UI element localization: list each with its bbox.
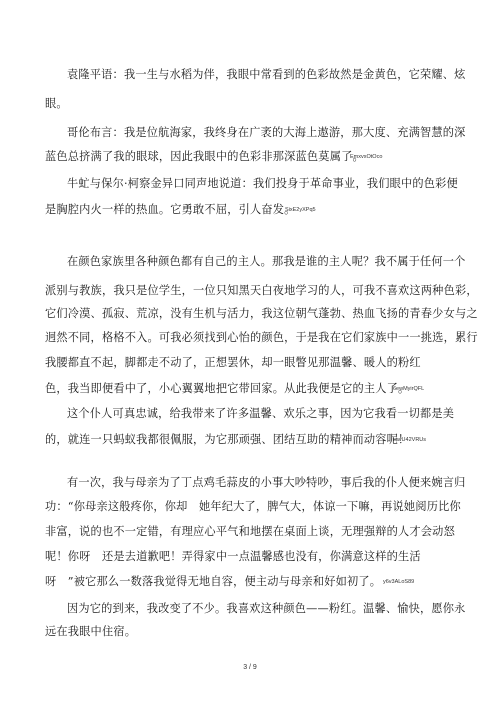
watermark-code-1: EmxvxOtOco — [350, 153, 382, 161]
watermark-code-5: y6v3ALoS89 — [383, 578, 414, 586]
paragraph-5-line-2: 的，就连一只蚂蚁我都很佩服，为它那顽强、团结互助的精神而动容呢！ — [45, 433, 409, 447]
paragraph-5-line-1: 这个仆人可真忠诚，给我带来了许多温馨、欢乐之事，因为它我看一切都是美 — [67, 407, 454, 421]
paragraph-7-line-1: 因为它的到来，我改变了不少。我喜欢这种颜色——粉红。温馨、愉快，愿你永 — [67, 602, 466, 616]
watermark-code-4: kavU42VRUs — [393, 436, 426, 444]
paragraph-1-line-2: 眼。 — [45, 97, 68, 111]
page-number: 3 / 9 — [0, 664, 500, 671]
paragraph-4-line-4: 迥然不同，格格不入。可我必须找到心怡的颜色，于是我在它们家族中一一挑选，累行 — [45, 331, 478, 345]
paragraph-7-line-2: 远在我眼中住宿。 — [45, 625, 136, 639]
paragraph-3-line-1: 牛虻与保尔·柯察金异口同声地说道：我们投身于革命事业，我们眼中的色彩便 — [67, 177, 458, 191]
paragraph-3-line-2: 是胸腔内火一样的热血。它勇敢不屈，引人奋发。 — [45, 203, 296, 217]
paragraph-4-line-1: 在颜色家族里各种颜色都有自己的主人。那我是谁的主人呢？我不属于任何一个 — [67, 255, 466, 269]
paragraph-6-line-1: 有一次，我与母亲为了丁点鸡毛蒜皮的小事大吵特吵，事后我的仆人便来婉言归 — [67, 476, 466, 490]
paragraph-6-line-2: 功：“你母亲这般疼你，你却 她年纪大了，脾气大，体谅一下嘛，再说她阅历比你 — [45, 500, 461, 514]
paragraph-4-line-6: 色，我当即便看中了，小心翼翼地把它带回家。从此我便是它的主人了。 — [45, 382, 409, 396]
paragraph-6-line-3: 非富，说的也不一定错，有理应心平气和地摆在桌面上谈，无理强辩的人才会动怒 — [45, 525, 455, 539]
watermark-code-2: SixE2yXPq5 — [285, 206, 316, 214]
paragraph-4-line-2: 派别与教族，我只是位学生，一位只知黑天白夜地学习的人，可我不喜欢这两种色彩， — [45, 284, 478, 298]
paragraph-2-line-2: 蓝色总挤满了我的眼球，因此我眼中的色彩非那深蓝色莫属了。 — [45, 150, 364, 164]
paragraph-1-line-1: 袁隆平语：我一生与水稻为伴，我眼中常看到的色彩故然是金黄色，它荣耀、炫 — [67, 68, 466, 82]
watermark-code-3: 6ewMyirQFL — [393, 385, 424, 393]
paragraph-2-line-1: 哥伦布言：我是位航海家，我终身在广袤的大海上遨游，那大度、充满智慧的深 — [67, 126, 466, 140]
paragraph-4-line-5: 我腰都直不起，脚都走不动了，正想罢休，却一眼瞥见那温馨、暖人的粉红 — [45, 356, 421, 370]
paragraph-6-line-4: 呢！你呀 还是去道歉吧！弄得家中一点温馨感也没有，你满意这样的生活 — [45, 550, 421, 564]
paragraph-4-line-3: 它们冷漠、孤寂、荒凉，没有生机与活力，我这位朝气蓬勃、热血飞扬的青春少女与之 — [45, 307, 478, 321]
paragraph-6-line-5: 呀 ”被它那么一数落我觉得无地自容，便主动与母亲和好如初了。 — [45, 575, 381, 589]
